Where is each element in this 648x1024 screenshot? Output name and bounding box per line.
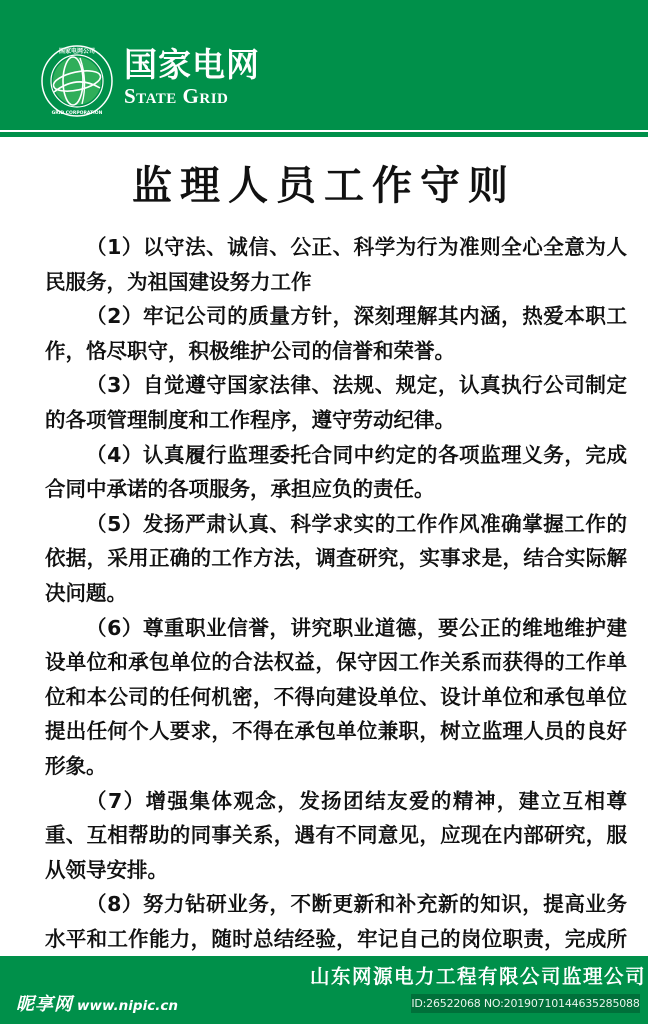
watermark-url: www.nipic.cn <box>77 998 178 1014</box>
watermark-site: 昵享网www.nipic.cn <box>16 994 178 1017</box>
header-divider-green <box>0 132 648 137</box>
state-grid-globe-icon: 国家电网公司 GRID CORPORATION <box>40 44 114 118</box>
watermark-brand: 昵享网 <box>16 994 73 1015</box>
svg-text:国家电网公司: 国家电网公司 <box>59 47 95 55</box>
brand-name-cn: 国家电网 <box>124 47 260 83</box>
rule-paragraph-7: （7）增强集体观念，发扬团结友爱的精神，建立互相尊重、互相帮助的同事关系，遇有不… <box>45 784 627 888</box>
rule-paragraph-4: （4）认真履行监理委托合同中约定的各项监理义务，完成合同中承诺的各项服务，承担应… <box>45 438 627 507</box>
svg-text:GRID CORPORATION: GRID CORPORATION <box>52 110 103 116</box>
company-name: 山东网源电力工程有限公司监理公司 <box>310 964 646 990</box>
rule-paragraph-2: （2）牢记公司的质量方针，深刻理解其内涵，热爱本职工作，恪尽职守，积极维护公司的… <box>45 299 627 368</box>
document-title: 监理人员工作守则 <box>0 158 648 214</box>
rule-paragraph-5: （5）发扬严肃认真、科学求实的工作作风准确掌握工作的依据，采用正确的工作方法，调… <box>45 507 627 611</box>
brand-name-en: State Grid <box>124 84 228 108</box>
rule-paragraph-1: （1）以守法、诚信、公正、科学为行为准则全心全意为人民服务，为祖国建设努力工作 <box>45 230 627 299</box>
watermark-id: ID:26522068 NO:20190710144635285088 <box>411 994 640 1013</box>
rule-paragraph-3: （3）自觉遵守国家法律、法规、规定，认真执行公司制定的各项管理制度和工作程序，遵… <box>45 368 627 437</box>
rule-paragraph-6: （6）尊重职业信誉，讲究职业道德，要公正的维地维护建设单位和承包单位的合法权益，… <box>45 611 627 784</box>
rules-body: （1）以守法、诚信、公正、科学为行为准则全心全意为人民服务，为祖国建设努力工作 … <box>45 230 627 991</box>
